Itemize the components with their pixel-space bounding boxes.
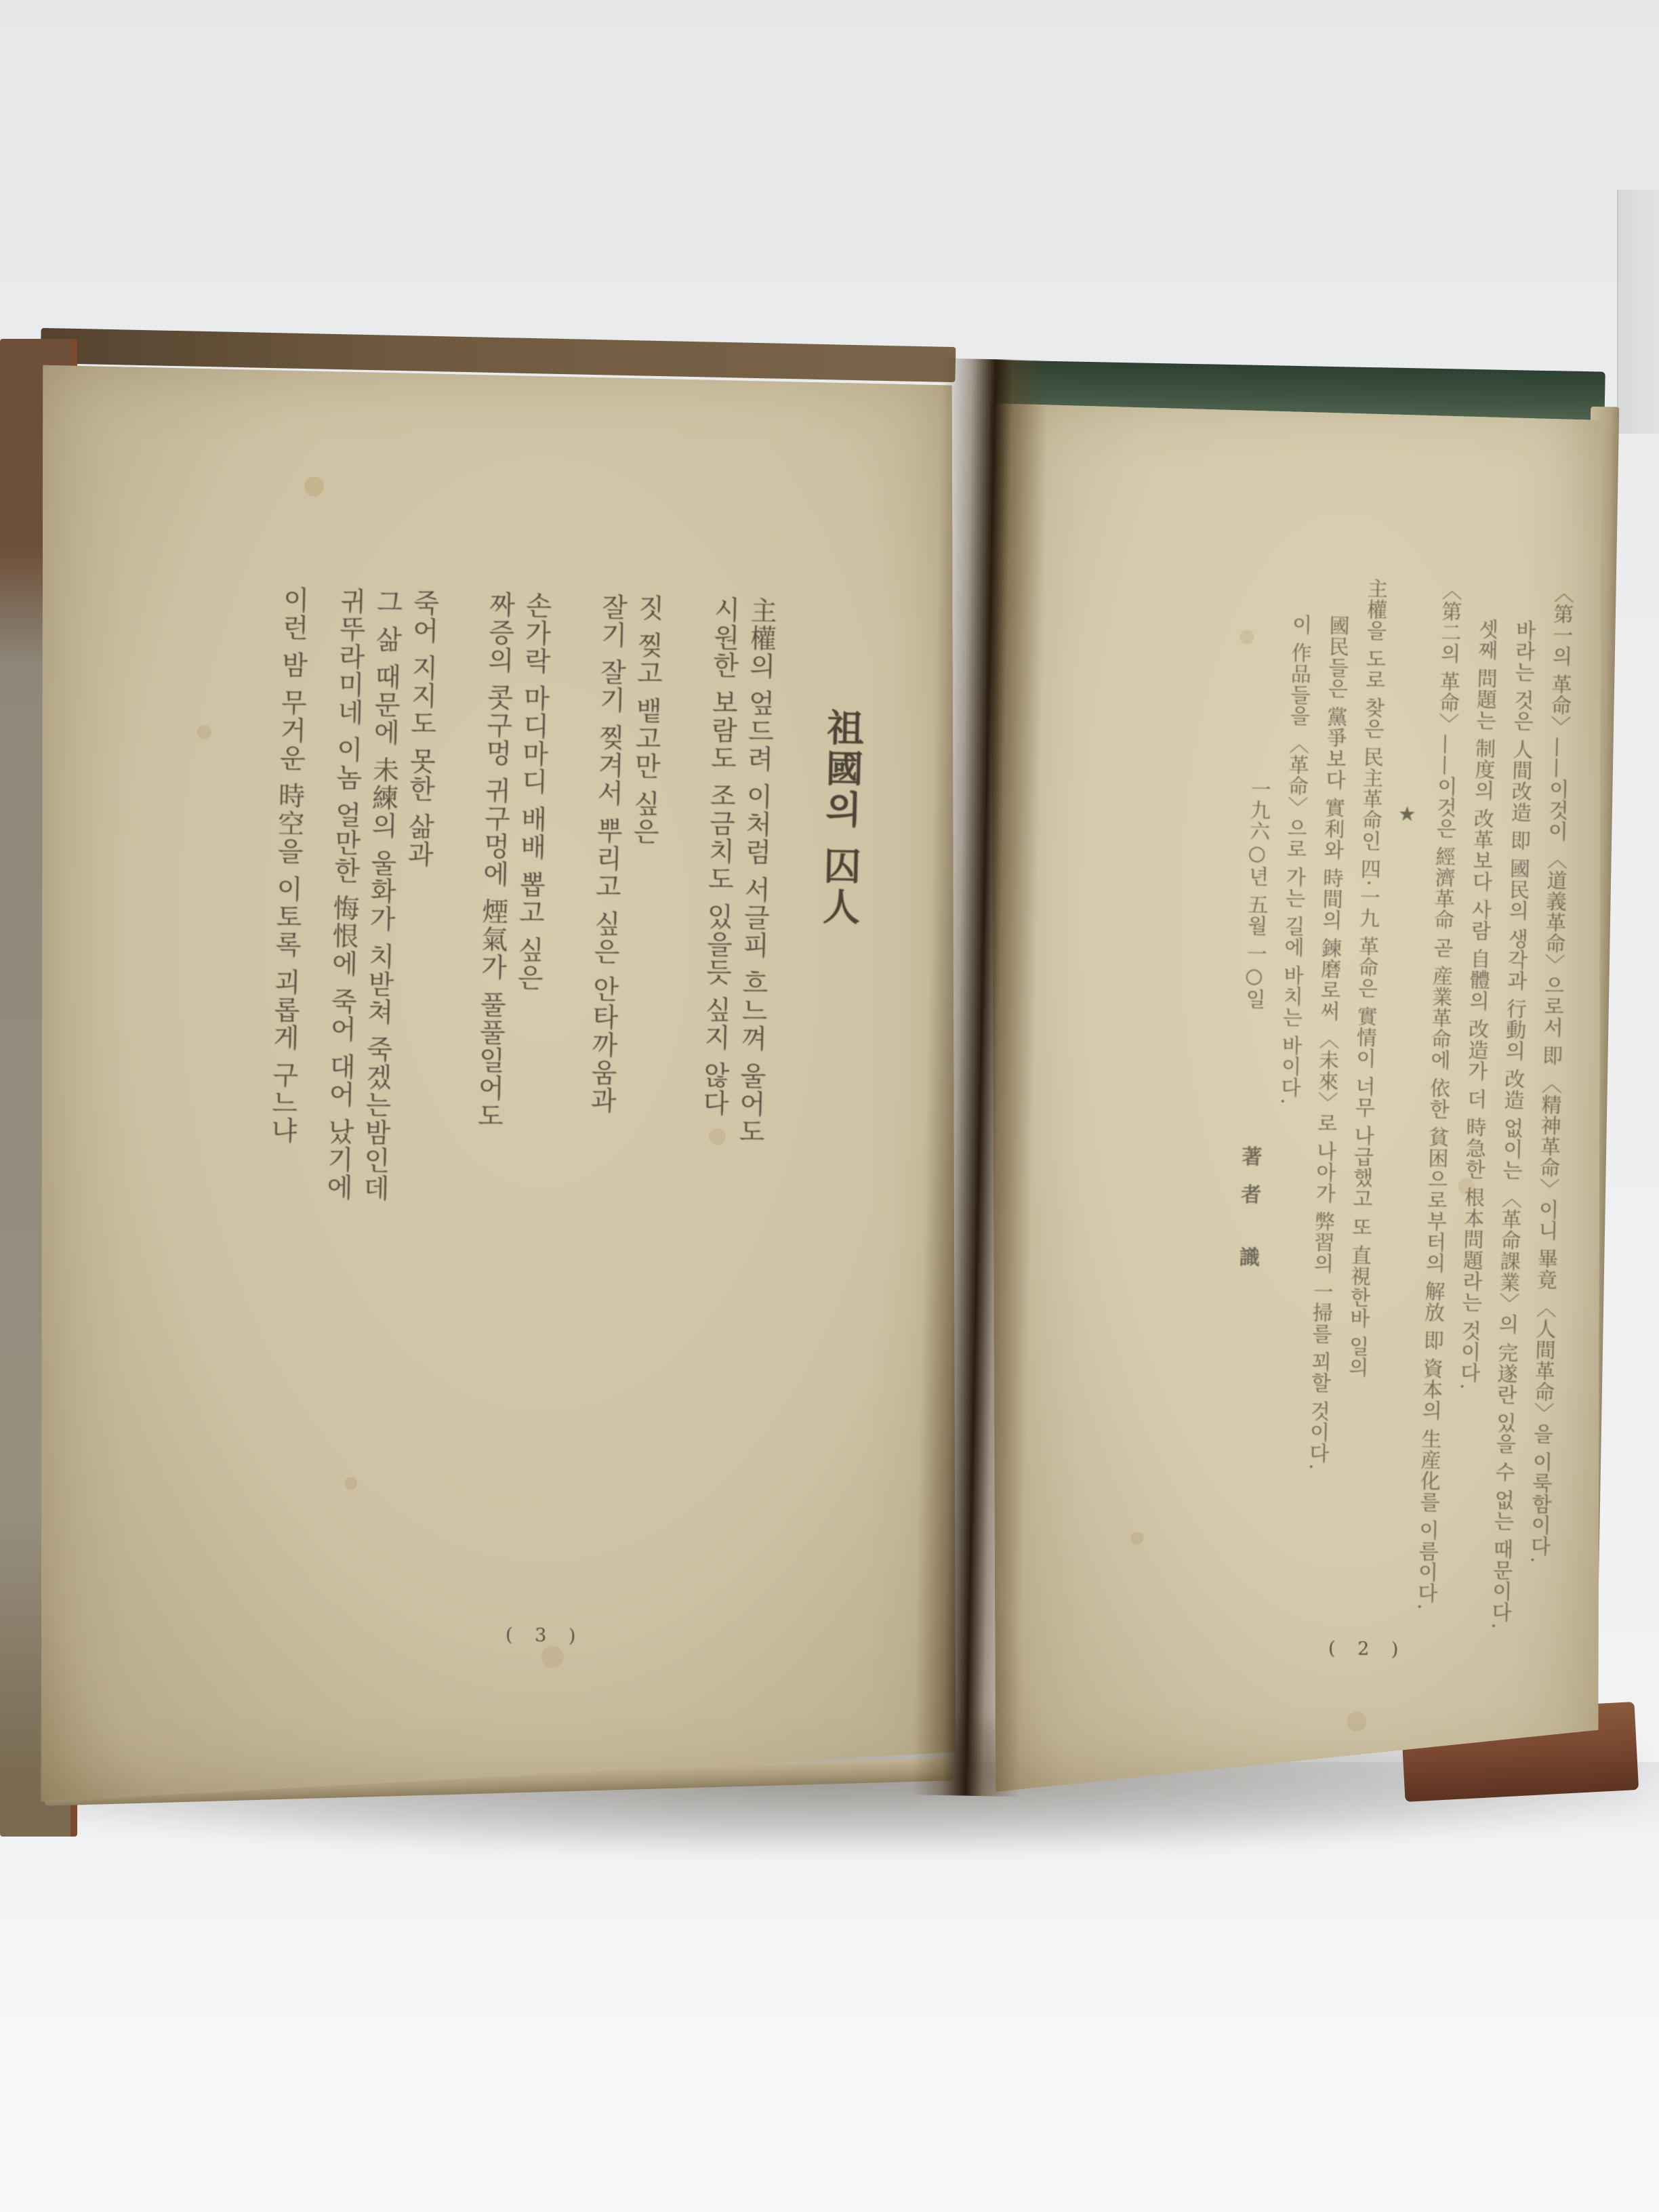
author-signature: 著者 識 [1235,1145,1262,1284]
right-page: 〈第一의 革命〉——이것이 〈道義革命〉으로서 即 〈精神革命〉이니 畢竟 〈人… [991,384,1601,1792]
preface-text: 〈第一의 革命〉——이것이 〈道義革命〉으로서 即 〈精神革命〉이니 畢竟 〈人… [1212,575,1580,1931]
preface-date: 一九六○년 五월 一○일 [1242,778,1271,1010]
poem-line: 이런 밤 무거운 時空을 이토록 괴롭게 구느냐 [251,586,312,1698]
poem: 祖國의 囚人 主權의 엎드려 이처럼 서글피 흐느껴 울어도 시원한 보람도 조… [251,586,868,1710]
page-number-right: ( 2 ) [1328,1638,1407,1660]
poem-title: 祖國의 囚人 [798,598,867,1711]
page-number-left: ( 3 ) [506,1624,584,1647]
photo-scene: 祖國의 囚人 主權의 엎드려 이처럼 서글피 흐느껴 울어도 시원한 보람도 조… [0,0,1659,2212]
left-page: 祖國의 囚人 主權의 엎드려 이처럼 서글피 흐느껴 울어도 시원한 보람도 조… [39,356,956,1801]
background-object [1617,190,1659,434]
